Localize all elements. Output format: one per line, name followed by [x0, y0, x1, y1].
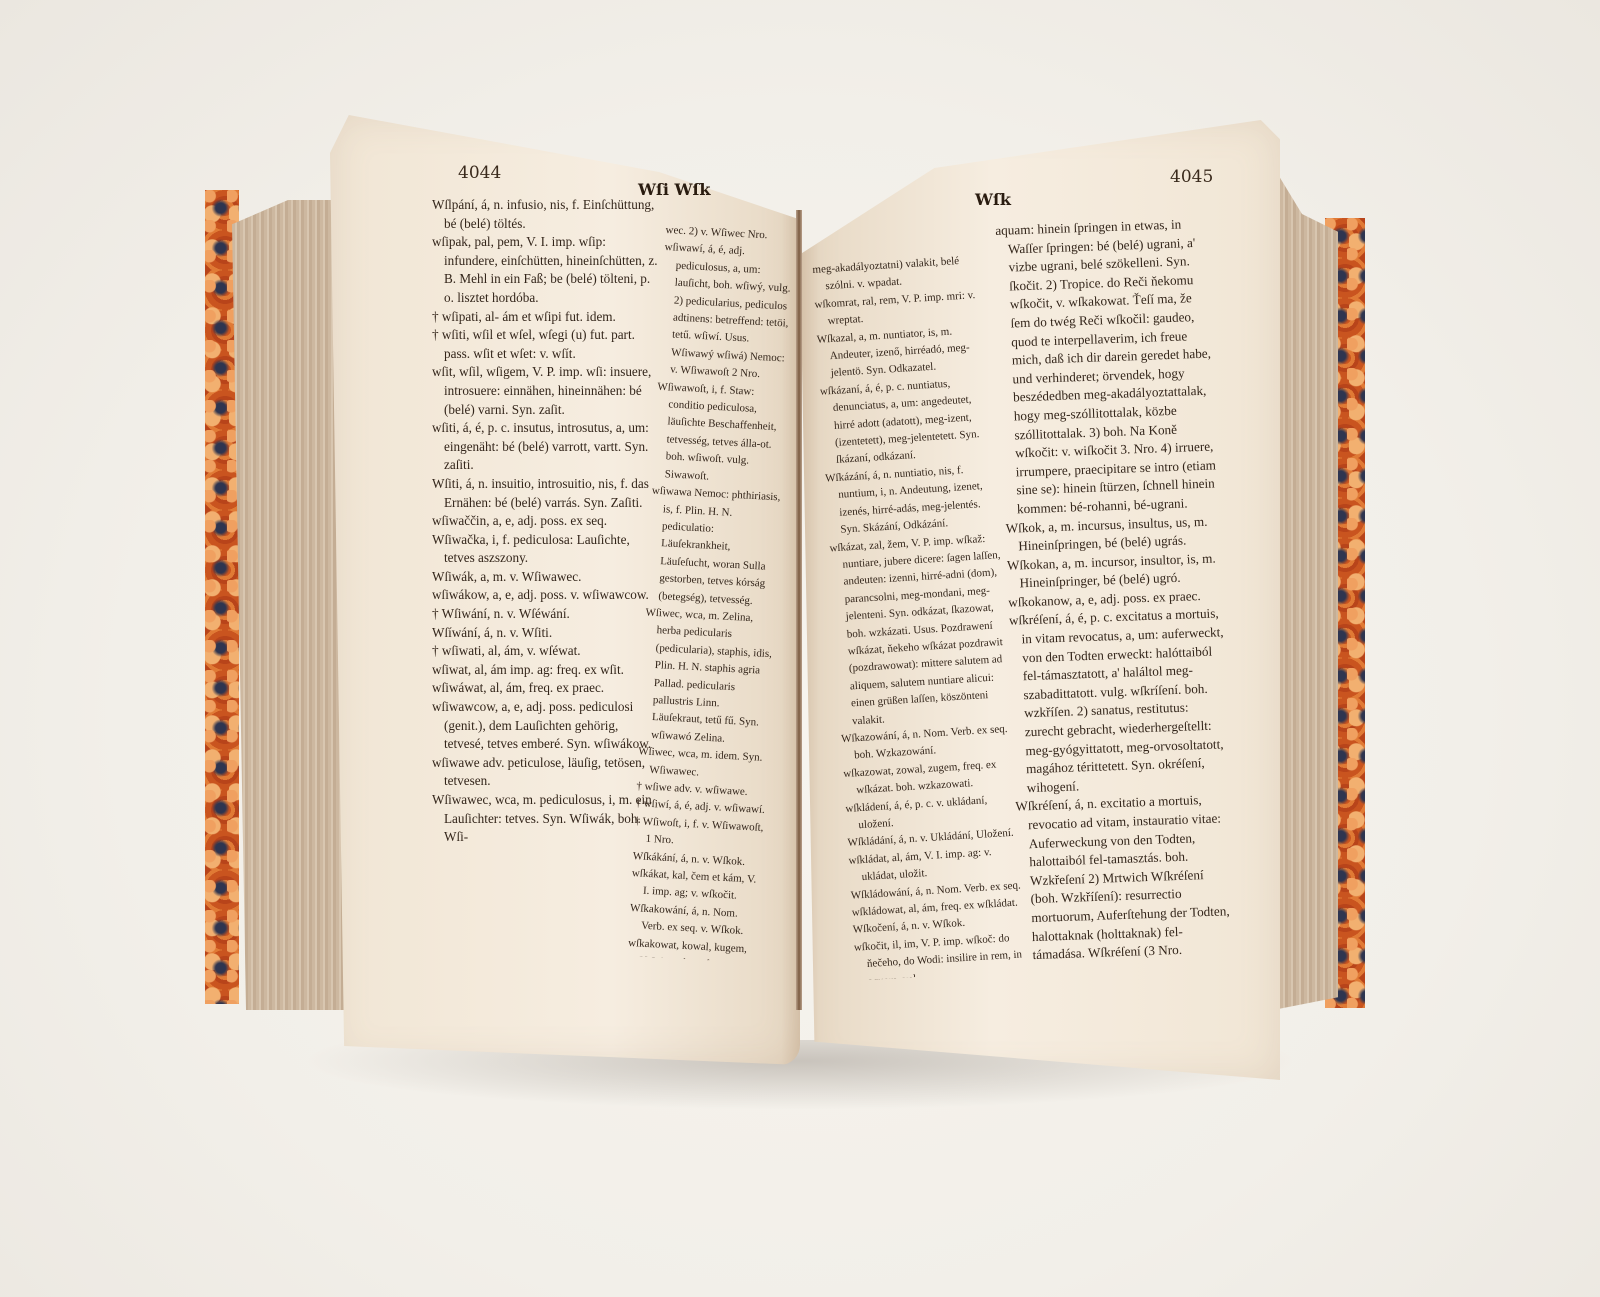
- dictionary-entry: wſit, wſil, wſigem, V. P. imp. wſi: insu…: [432, 363, 660, 419]
- dictionary-entry: wſkázaní, á, é, p. c. nuntiatus, denunci…: [819, 373, 996, 470]
- dictionary-entry: Wſiwec, wca, m. Zelina, herba pediculari…: [639, 604, 776, 750]
- dictionary-entry: wſkréſení, á, é, p. c. excitatus a mortu…: [1009, 605, 1230, 798]
- dictionary-entry: Wſiwák, a, m. v. Wſiwawec.: [432, 568, 660, 587]
- dictionary-entry: Wſiwačka, i, f. pediculosa: Lauſichte, t…: [432, 531, 660, 568]
- dictionary-entry: Wſiwawec, wca, m. pediculosus, i, m. ein…: [432, 791, 660, 847]
- dictionary-entry: wſkázat, zal, žem, V. P. imp. wſkaž: nun…: [829, 529, 1012, 731]
- dictionary-entry: wſiwákow, a, e, adj. poss. v. wſiwawcow.: [432, 586, 660, 605]
- dictionary-entry: Wſlpání, á, n. infusio, nis, f. Einſchüt…: [432, 196, 660, 233]
- dictionary-entry: wſiwawcow, a, e, adj. poss. pediculosi (…: [432, 698, 660, 754]
- dictionary-entry: wſipak, pal, pem, V. I. imp. wſip: infun…: [432, 233, 660, 307]
- dictionary-entry: † wſipati, al- ám et wſipi fut. idem.: [432, 308, 660, 327]
- right-page-column-2: aquam: hinein ſpringen in etwas, in Waſſ…: [995, 214, 1237, 1001]
- dictionary-entry: † wſiti, wſil et wſel, wſegi (u) fut. pa…: [432, 326, 660, 363]
- dictionary-entry: Wſiti, á, n. insuitio, introsuitio, nis,…: [432, 475, 660, 512]
- book-gutter: [796, 210, 802, 1010]
- dictionary-entry: wſiti, á, é, p. c. insutus, introsutus, …: [432, 419, 660, 475]
- dictionary-entry: wſiwaččin, a, e, adj. poss. ex seq.: [432, 512, 660, 531]
- dictionary-entry: wſiwawa Nemoc: phthiriasis, is, f. Plin.…: [646, 483, 782, 611]
- dictionary-entry: Wſkréſení, á, n. excitatio a mortuis, re…: [1015, 791, 1236, 966]
- dictionary-entry: Wſkázání, á, n. nuntiatio, nis, f. nunti…: [825, 460, 1001, 540]
- left-page-number: 4044: [458, 163, 501, 183]
- right-page-number: 4045: [1170, 167, 1213, 187]
- dictionary-entry: wſiwawí, á, é, adj. pediculosus, a, um: …: [658, 239, 795, 385]
- dictionary-entry: wſiwáwat, al, ám, freq. ex praec.: [432, 679, 660, 698]
- dictionary-entry: aquam: hinein ſpringen in etwas, in Waſſ…: [995, 214, 1220, 519]
- dictionary-entry: Wſiwawoſt, i, f. Staw: conditio pediculo…: [652, 378, 787, 489]
- dictionary-entry: wſiwawe adv. peticulose, läuſig, tetösen…: [432, 754, 660, 791]
- dictionary-entry: † Wſiwání, n. v. Wſéwání.: [432, 605, 660, 624]
- right-running-head: Wſk: [975, 190, 1011, 209]
- dictionary-entry: † wſiwati, al, ám, v. wſéwat.: [432, 642, 660, 661]
- left-page-column-1: Wſlpání, á, n. infusio, nis, f. Einſchüt…: [432, 196, 660, 847]
- dictionary-entry: Wſíwání, á, n. v. Wſiti.: [432, 624, 660, 643]
- dictionary-entry: wſiwat, al, ám imp. ag: freq. ex wſit.: [432, 661, 660, 680]
